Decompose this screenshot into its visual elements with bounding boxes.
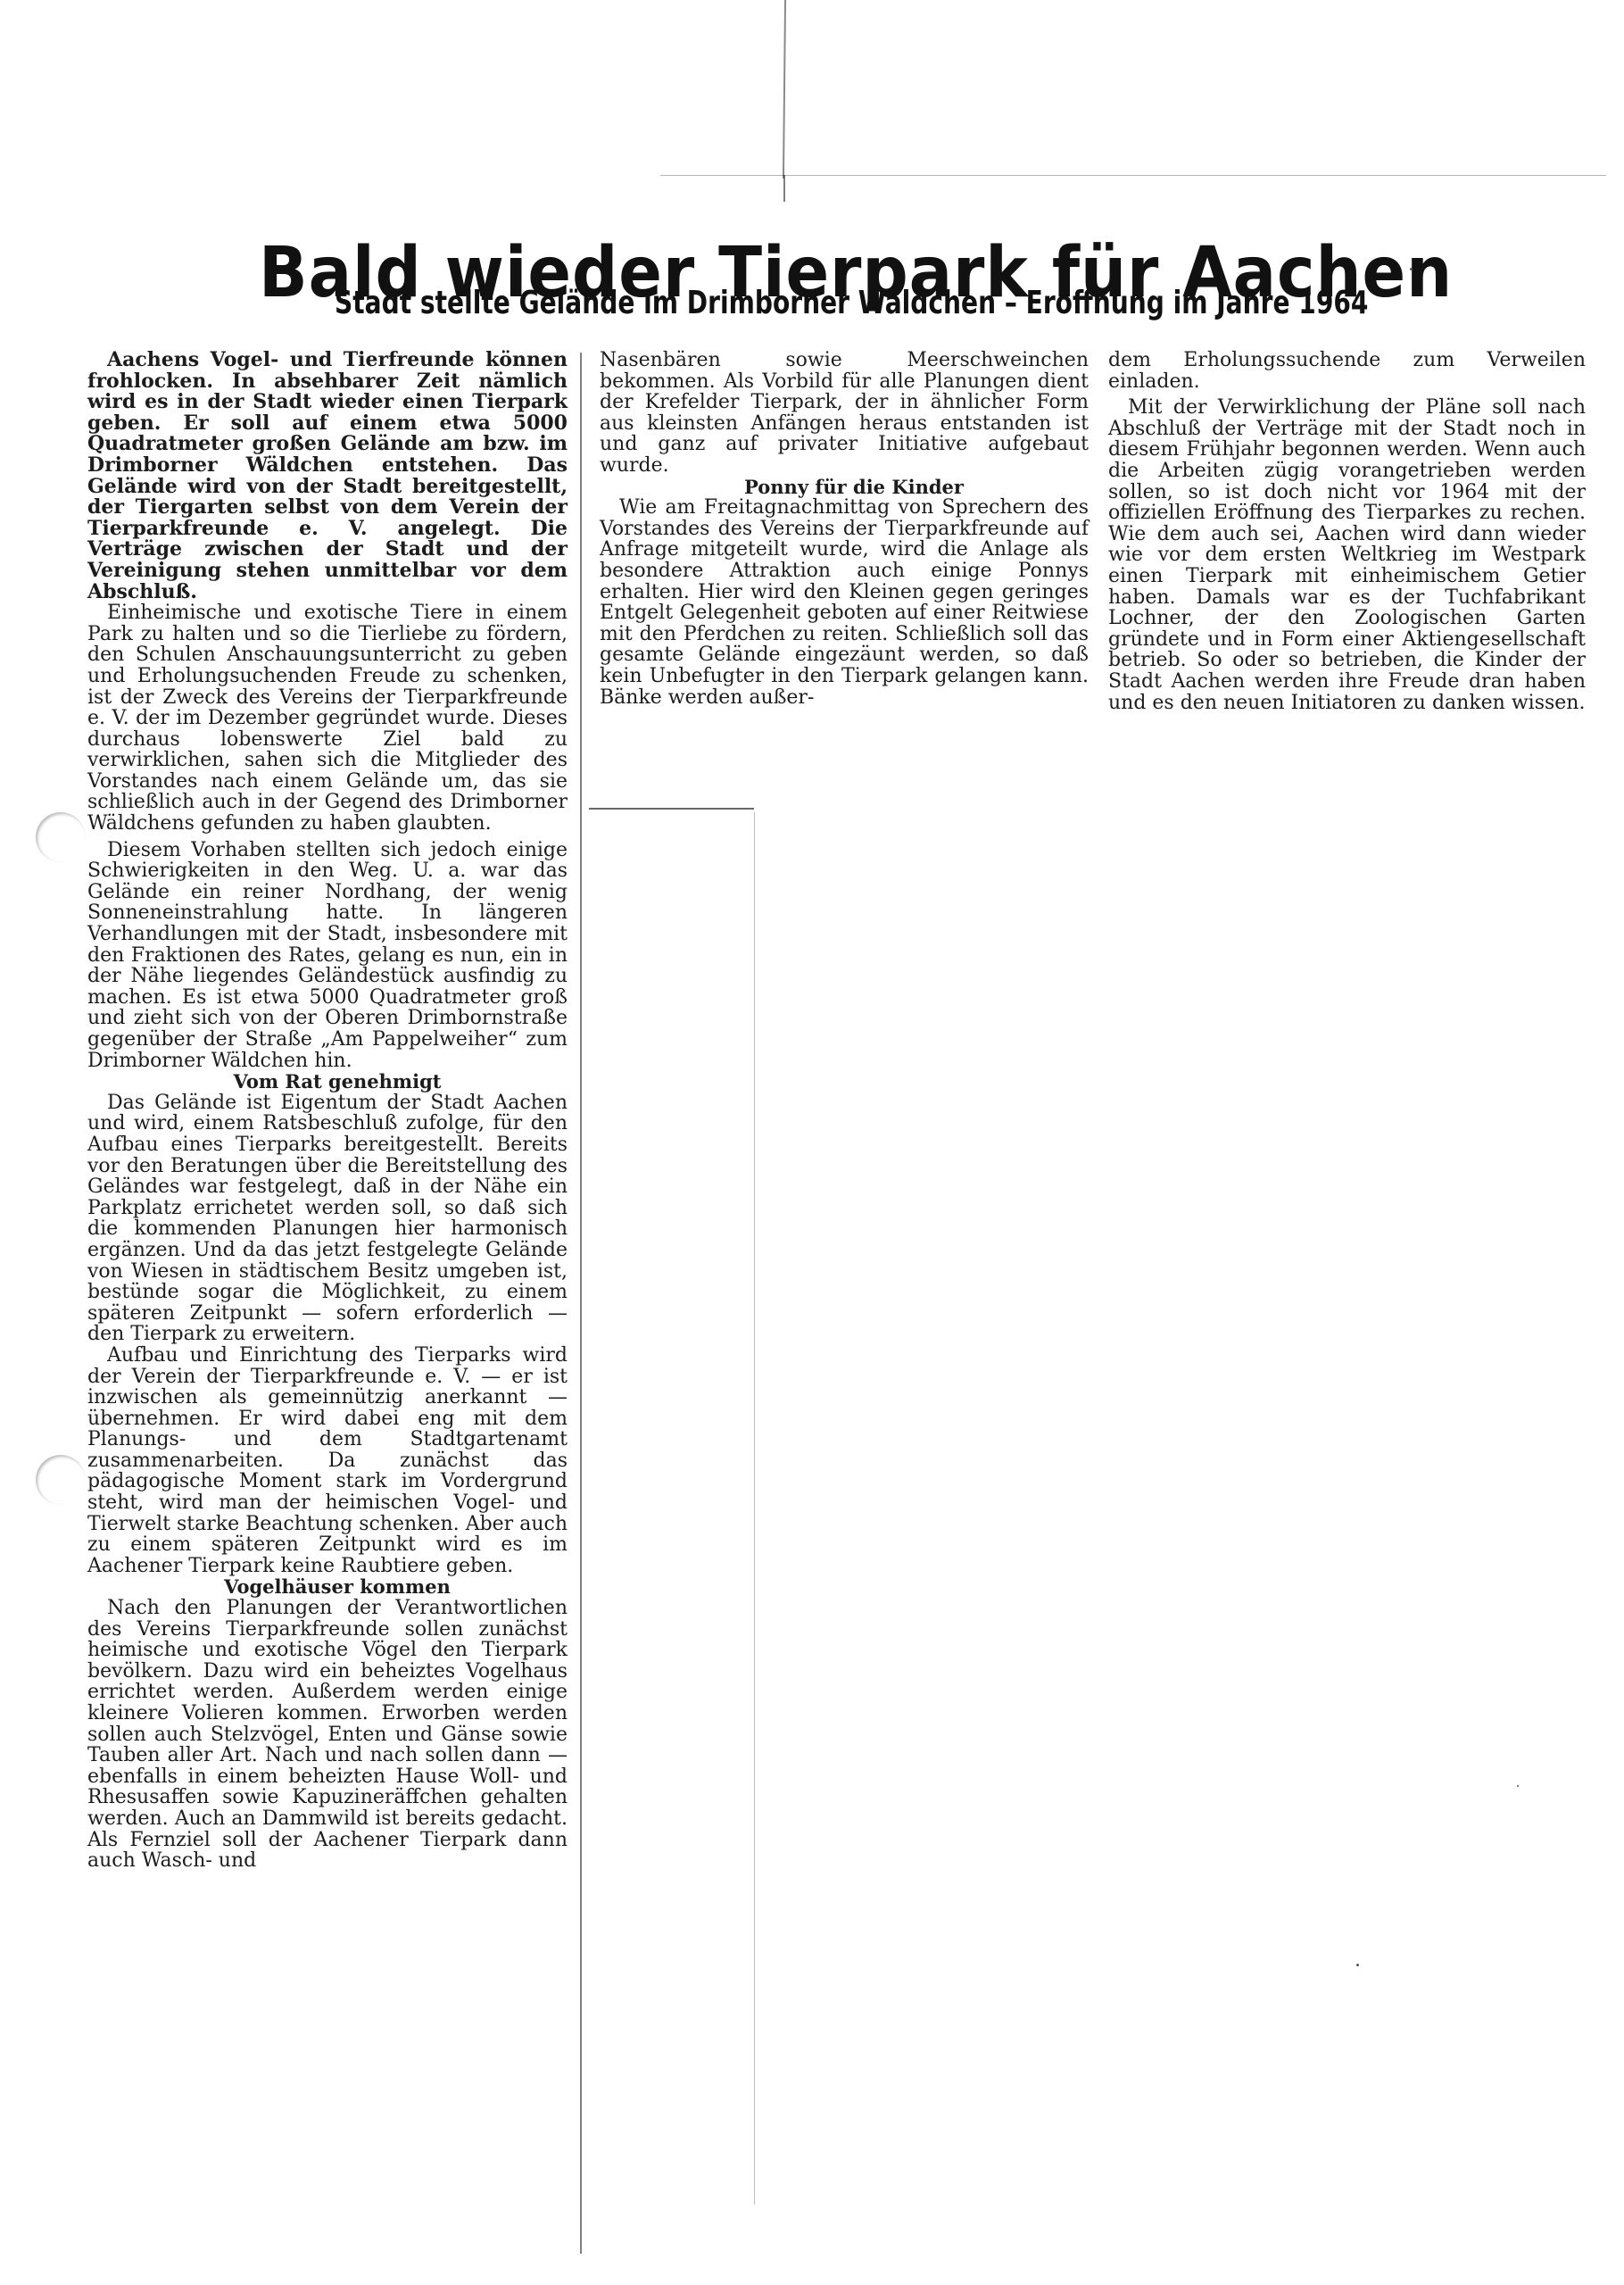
punch-hole (36, 812, 86, 862)
section-subhead: Ponny für die Kinder (600, 477, 1089, 498)
paragraph: Diesem Vorhaben stellten sich jedoch ein… (87, 840, 568, 1072)
scan-fold-line (783, 0, 786, 179)
punch-hole (36, 1455, 86, 1505)
lead-paragraph: Aachens Vogel- und Tierfreunde können fr… (87, 350, 568, 602)
paragraph: dem Erholungssuchende zum Verweilen einl… (1108, 350, 1586, 392)
clipping-top-edge (660, 175, 1606, 176)
article-column-1: Aachens Vogel- und Tierfreunde können fr… (87, 350, 568, 1872)
paragraph: Einheimische und exotische Tiere in eine… (87, 602, 568, 835)
section-subhead: Vom Rat genehmigt (87, 1071, 568, 1093)
article-column-3: dem Erholungssuchende zum Verweilen einl… (1108, 350, 1586, 713)
paragraph: Das Gelände ist Eigentum der Stadt Aache… (87, 1093, 568, 1345)
paragraph: Wie am Freitagnachmittag von Sprechern d… (600, 497, 1089, 708)
scan-speck (1356, 1964, 1359, 1966)
scan-edge-line (783, 175, 785, 202)
paragraph: Aufbau und Einrichtung des Tierparks wir… (87, 1345, 568, 1577)
paragraph: Mit der Verwirklichung der Pläne soll na… (1108, 397, 1586, 713)
section-subhead: Vogelhäuser kommen (87, 1576, 568, 1598)
article-column-2: Nasenbären sowie Meerschweinchen bekomme… (600, 350, 1089, 708)
paragraph: Nasenbären sowie Meerschweinchen bekomme… (600, 350, 1089, 477)
scan-speck (1517, 1785, 1519, 1787)
subheadline: Stadt stellte Gelände im Drimborner Wäld… (335, 287, 1170, 320)
clipping-edge (589, 808, 754, 810)
column-rule (580, 353, 582, 2254)
clipping-edge (754, 812, 755, 2205)
paragraph: Nach den Planungen der Verantwortlichen … (87, 1598, 568, 1872)
scan-speck (1410, 268, 1413, 270)
